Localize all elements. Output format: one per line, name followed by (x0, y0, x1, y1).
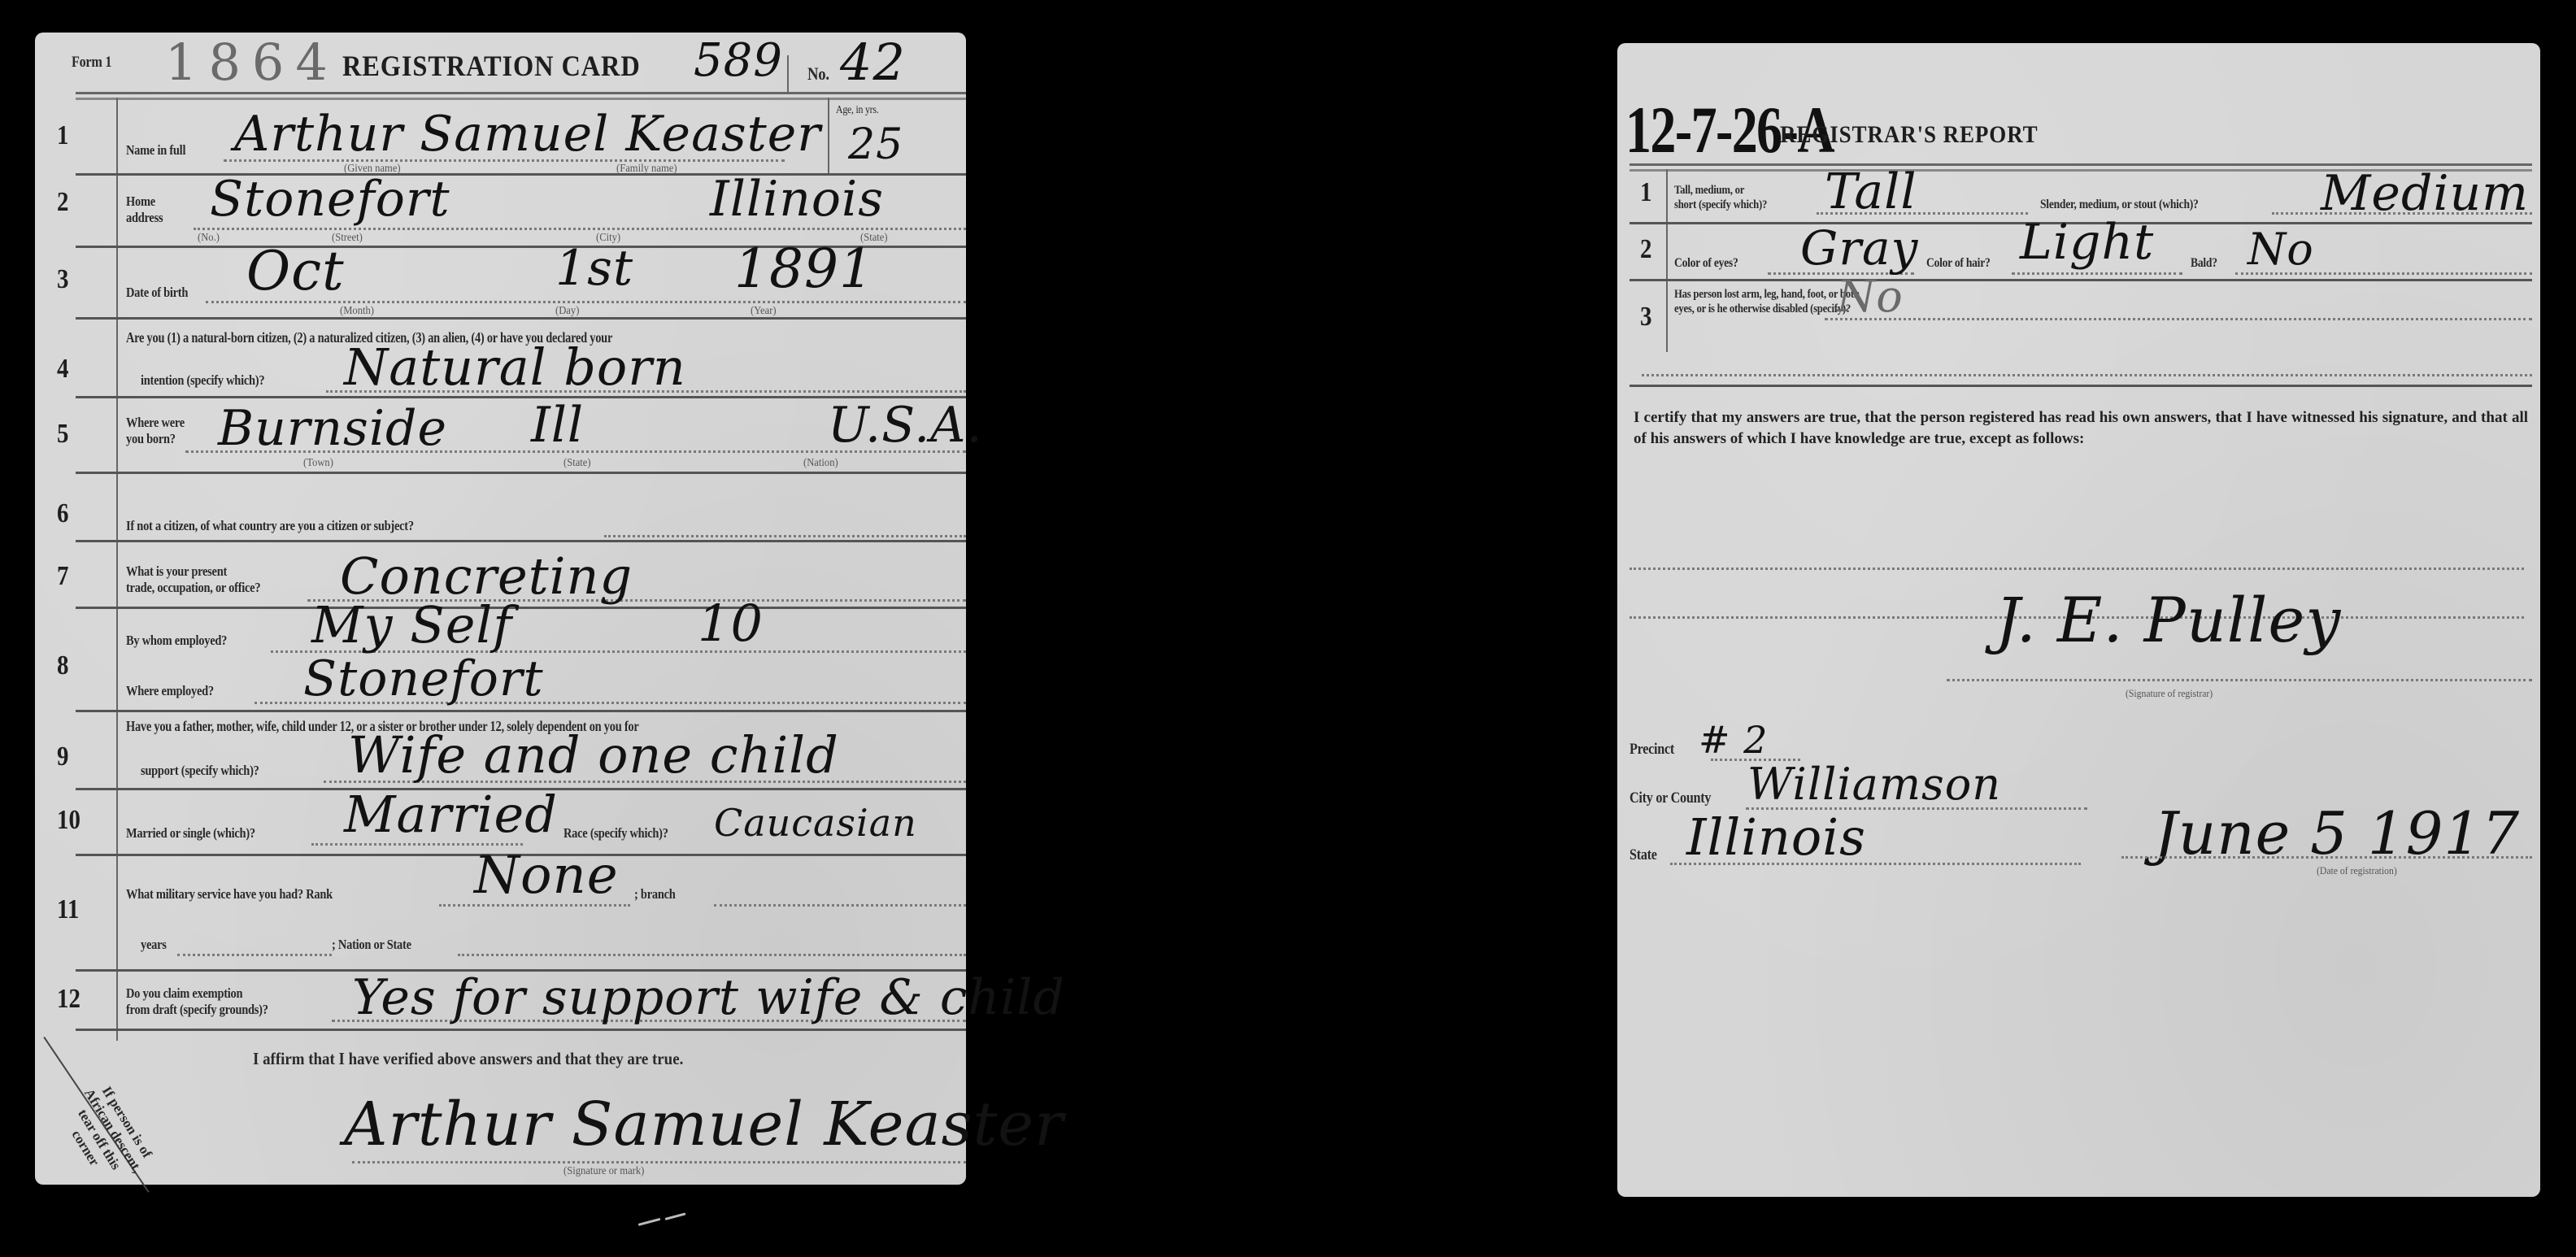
home-state-value: Illinois (710, 171, 884, 228)
registration-date-caption: (Date of registration) (2317, 864, 2397, 877)
employer-value: My Self (311, 595, 512, 655)
home-city-value: Stonefort (210, 171, 450, 228)
home-address-label-1: Home (126, 194, 155, 210)
exemption-label-1: Do you claim exemption (126, 985, 242, 1002)
disability-label-1: Has person lost arm, leg, hand, foot, or… (1674, 287, 1860, 302)
no-value: 42 (840, 33, 906, 92)
scan-artifact (665, 1212, 686, 1220)
report-row-number-1: 1 (1640, 177, 1651, 208)
row-number-12: 12 (57, 984, 80, 1015)
build-label: Slender, medium, or stout (which)? (2040, 198, 2199, 212)
report-row-number-2: 2 (1640, 234, 1651, 265)
scan-artifact (638, 1218, 661, 1226)
age-label: Age, in yrs. (836, 104, 878, 117)
exemption-value: Yes for support wife & child (352, 969, 1065, 1026)
where-employed-value: Stonefort (303, 650, 544, 707)
home-address-label-2: address (126, 210, 163, 226)
height-label-2: short (specify which)? (1674, 198, 1767, 212)
row-number-9: 9 (57, 742, 68, 772)
dependents-question-2: support (specify which)? (141, 763, 259, 779)
height-value: Tall (1825, 163, 1917, 220)
foreign-citizen-question: If not a citizen, of what country are yo… (126, 518, 414, 534)
bald-value: No (2247, 224, 2314, 275)
row-number-6: 6 (57, 498, 68, 529)
caption-year: (Year) (751, 305, 777, 318)
no-label: No. (807, 63, 829, 85)
citizenship-question-2: intention (specify which)? (141, 372, 264, 389)
employer-label: By whom employed? (126, 633, 227, 649)
birthplace-label-1: Where were (126, 415, 185, 431)
row-number-7: 7 (57, 561, 68, 592)
registration-card: Form 1 1864 REGISTRATION CARD 589 No. 42… (35, 33, 966, 1185)
row-number-11: 11 (57, 894, 79, 925)
marital-status-value: Married (344, 785, 558, 844)
registrant-signature: Arthur Samuel Keaster (344, 1090, 1064, 1159)
affirmation-text: I affirm that I have verified above answ… (253, 1049, 683, 1069)
row-number-3: 3 (57, 264, 68, 295)
occupation-label-2: trade, occupation, or office? (126, 580, 260, 596)
bald-label: Bald? (2191, 256, 2217, 271)
state-label: State (1630, 846, 1657, 864)
marital-status-label: Married or single (which)? (126, 825, 255, 842)
margin-mark: 10 (698, 594, 764, 653)
dob-label: Date of birth (126, 285, 188, 301)
birth-nation: U.S.A. (828, 397, 983, 454)
registrar-report-card: 12-7-26-A REGISTRAR'S REPORT 1 Tall, med… (1617, 43, 2540, 1197)
precinct-value: # 2 (1699, 718, 1768, 762)
row-number-2: 2 (57, 187, 68, 218)
hair-label: Color of hair? (1926, 256, 1991, 271)
name-label: Name in full (126, 142, 185, 159)
county-label: City or County (1630, 789, 1711, 807)
row-number-10: 10 (57, 805, 80, 836)
caption-no: (No.) (198, 232, 220, 245)
citizenship-value: Natural born (344, 337, 686, 397)
caption-town: (Town) (303, 457, 333, 470)
hair-value: Light (2020, 214, 2154, 271)
age-value: 25 (848, 120, 903, 169)
caption-day: (Day) (555, 305, 579, 318)
card-number: 589 (694, 34, 783, 87)
build-value: Medium (2321, 165, 2529, 222)
dob-day: 1st (555, 240, 633, 297)
birth-state: Ill (531, 397, 584, 454)
state-value: Illinois (1686, 807, 1866, 867)
where-employed-label: Where employed? (126, 683, 214, 699)
report-title: REGISTRAR'S REPORT (1780, 121, 2039, 149)
eyes-label: Color of eyes? (1674, 256, 1738, 271)
height-label-1: Tall, medium, or (1674, 183, 1744, 198)
row-number-1: 1 (57, 120, 68, 151)
form-label: Form 1 (72, 54, 111, 72)
report-row-number-3: 3 (1640, 302, 1651, 333)
birthplace-label-2: you born? (126, 431, 176, 447)
dob-year: 1891 (734, 237, 874, 300)
race-label: Race (specify which)? (563, 825, 668, 842)
branch-label: ; branch (634, 886, 676, 903)
serial-number-handwritten: 1864 (165, 33, 339, 92)
card-title: REGISTRATION CARD (342, 49, 641, 83)
registrar-signature: J. E. Pulley (1995, 584, 2341, 656)
caption-month: (Month) (340, 305, 374, 318)
disability-label-2: eyes, or is he otherwise disabled (speci… (1674, 302, 1851, 316)
dependents-value: Wife and one child (348, 725, 839, 785)
race-value: Caucasian (714, 801, 917, 845)
birth-town: Burnside (218, 400, 447, 457)
row-number-4: 4 (57, 354, 68, 385)
dob-month: Oct (246, 240, 345, 302)
signature-caption: (Signature or mark) (563, 1165, 644, 1178)
certification-text: I certify that my answers are true, that… (1634, 407, 2528, 450)
occupation-label-1: What is your present (126, 563, 227, 580)
county-value: Williamson (1747, 759, 2001, 810)
name-value: Arthur Samuel Keaster (234, 106, 821, 163)
row-number-8: 8 (57, 650, 68, 681)
row-number-5: 5 (57, 419, 68, 450)
disability-value: No (1837, 271, 1904, 322)
military-service-label: What military service have you had? Rank (126, 886, 333, 903)
precinct-label: Precinct (1630, 741, 1674, 759)
caption-birth-state: (State) (563, 457, 591, 470)
years-label: years (141, 937, 167, 953)
exemption-label-2: from draft (specify grounds)? (126, 1002, 268, 1018)
nation-or-state-label: ; Nation or State (332, 937, 411, 953)
eyes-value: Gray (1800, 220, 1918, 276)
tear-off-note: If person is of African descent, tear of… (53, 1077, 159, 1193)
caption-nation: (Nation) (803, 457, 838, 470)
registrar-signature-caption: (Signature of registrar) (2126, 687, 2213, 700)
military-rank-value: None (474, 846, 619, 906)
